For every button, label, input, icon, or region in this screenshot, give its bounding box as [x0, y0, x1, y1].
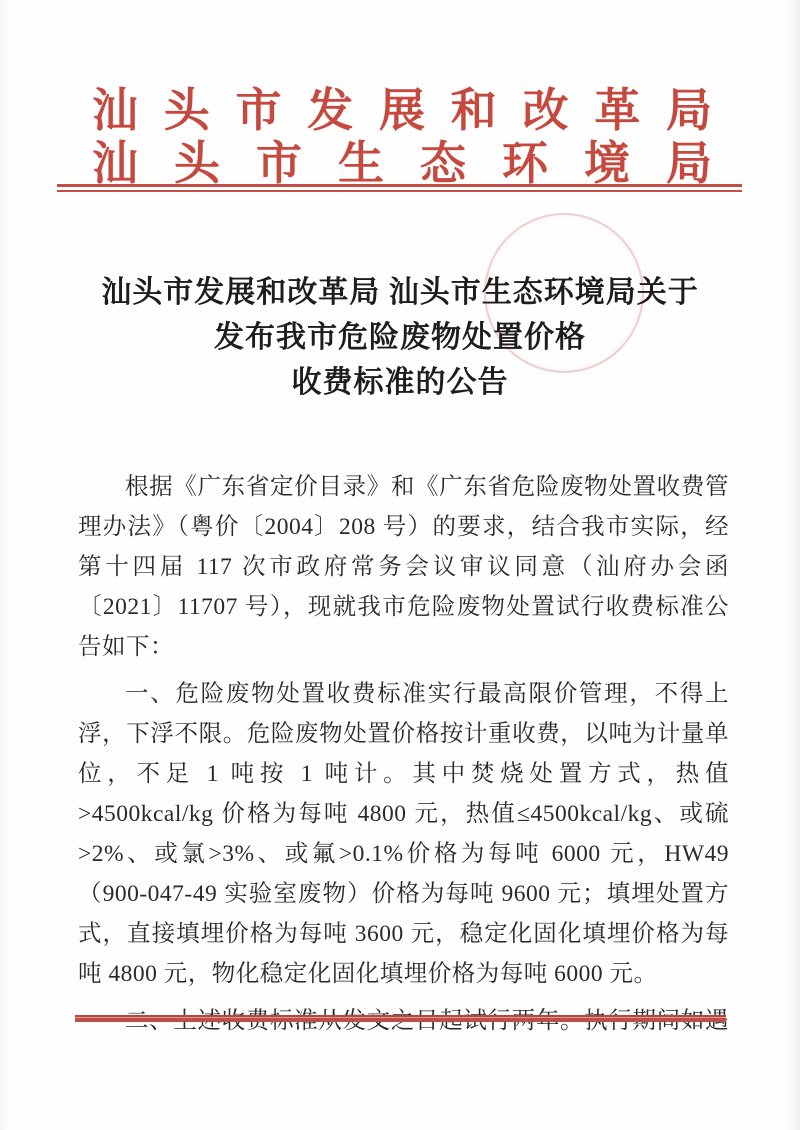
page-bottom-red-rule	[75, 1015, 726, 1022]
document-title: 汕头市发展和改革局 汕头市生态环境局关于 发布我市危险废物处置价格 收费标准的公…	[0, 270, 800, 405]
title-line-3: 收费标准的公告	[0, 360, 800, 405]
letterhead-agency-1: 汕头市发展和改革局	[92, 84, 712, 137]
paragraph-item-one-pricing: 一、危险废物处置收费标准实行最高限价管理，不得上浮，下浮不限。危险废物处置价格按…	[78, 674, 729, 994]
scan-edge-shadow-left	[0, 0, 9, 1130]
paragraph-legal-basis: 根据《广东省定价目录》和《广东省危险废物处置收费管理办法》（粤价〔2004〕20…	[78, 467, 729, 667]
letterhead: 汕头市发展和改革局 汕头市生态环境局	[92, 84, 712, 190]
document-body: 根据《广东省定价目录》和《广东省危险废物处置收费管理办法》（粤价〔2004〕20…	[78, 467, 729, 1041]
title-line-1: 汕头市发展和改革局 汕头市生态环境局关于	[0, 270, 800, 315]
letterhead-double-rule	[57, 184, 742, 192]
document-page: 汕头市发展和改革局 汕头市生态环境局 汕头市发展和改革局 汕头市生态环境局关于 …	[0, 0, 800, 1130]
letterhead-agency-2: 汕头市生态环境局	[92, 137, 712, 190]
title-line-2: 发布我市危险废物处置价格	[0, 315, 800, 360]
scan-edge-shadow-right	[786, 0, 800, 1130]
